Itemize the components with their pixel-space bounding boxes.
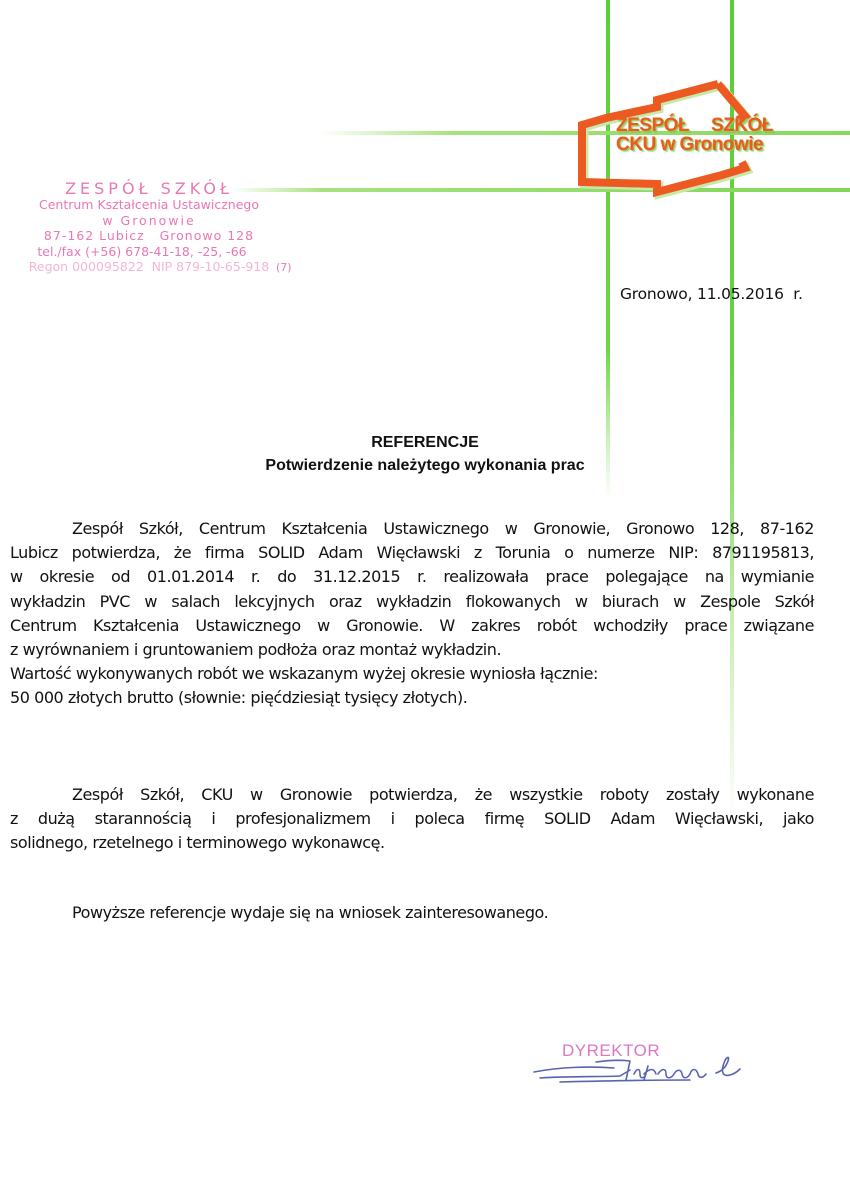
stamp-line-2: Centrum Kształcenia Ustawicznego (4, 197, 294, 213)
logo-line-2: CKU w Gronowie (616, 135, 773, 154)
paragraph-line: Zespół Szkół, CKU w Gronowie potwierdza,… (10, 783, 814, 807)
signature-scribble-icon (530, 1050, 760, 1090)
logo-word-szkol: SZKÓŁ (711, 116, 773, 135)
document-title: REFERENCJE (0, 434, 850, 452)
paragraph-line: z wyrównaniem i gruntowaniem podłoża ora… (10, 638, 814, 662)
paragraph-confirmation: Zespół Szkół, Centrum Kształcenia Ustawi… (10, 517, 814, 711)
stamp-line-4: 87-162 Lubicz Gronowo 128 (4, 228, 294, 244)
paragraph-line: wykładzin PVC w salach lekcyjnych oraz w… (10, 590, 814, 614)
document-subtitle: Potwierdzenie należytego wykonania prac (0, 457, 850, 475)
paragraph-line: 50 000 złotych brutto (słownie: pięćdzie… (10, 686, 814, 710)
paragraph-line: z dużą starannością i profesjonalizmem i… (10, 807, 814, 831)
paragraph-line: w okresie od 01.01.2014 r. do 31.12.2015… (10, 565, 814, 589)
paragraph-line: Powyższe referencje wydaje się na wniose… (10, 901, 814, 925)
logo-word-zespol: ZESPÓŁ (616, 116, 689, 135)
logo-text: ZESPÓŁSZKÓŁ CKU w Gronowie (616, 116, 773, 154)
green-decorative-line-vertical (606, 0, 610, 500)
stamp-line-5: tel./fax (+56) 678-41-18, -25, -66 (4, 244, 294, 260)
handwritten-signature (530, 1050, 760, 1095)
stamp-mark: (7) (276, 260, 292, 276)
school-logo: ZESPÓŁSZKÓŁ CKU w Gronowie (570, 80, 850, 200)
stamp-line-3: w Gronowie (4, 213, 294, 229)
paragraph-line: Wartość wykonywanych robót we wskazanym … (10, 662, 814, 686)
paragraph-line: Lubicz potwierdza, że firma SOLID Adam W… (10, 541, 814, 565)
paragraph-closing: Powyższe referencje wydaje się na wniose… (10, 901, 814, 925)
school-stamp: ZESPÓŁ SZKÓŁ Centrum Kształcenia Ustawic… (4, 180, 294, 275)
paragraph-line: Zespół Szkół, Centrum Kształcenia Ustawi… (10, 517, 814, 541)
stamp-line-1: ZESPÓŁ SZKÓŁ (4, 180, 294, 197)
document-date: Gronowo, 11.05.2016 r. (620, 285, 803, 303)
paragraph-line: Centrum Kształcenia Ustawicznego w Grono… (10, 614, 814, 638)
paragraph-recommendation: Zespół Szkół, CKU w Gronowie potwierdza,… (10, 783, 814, 856)
paragraph-line: solidnego, rzetelnego i terminowego wyko… (10, 831, 814, 855)
stamp-line-6: Regon 000095822 NIP 879-10-65-918 (4, 259, 294, 275)
